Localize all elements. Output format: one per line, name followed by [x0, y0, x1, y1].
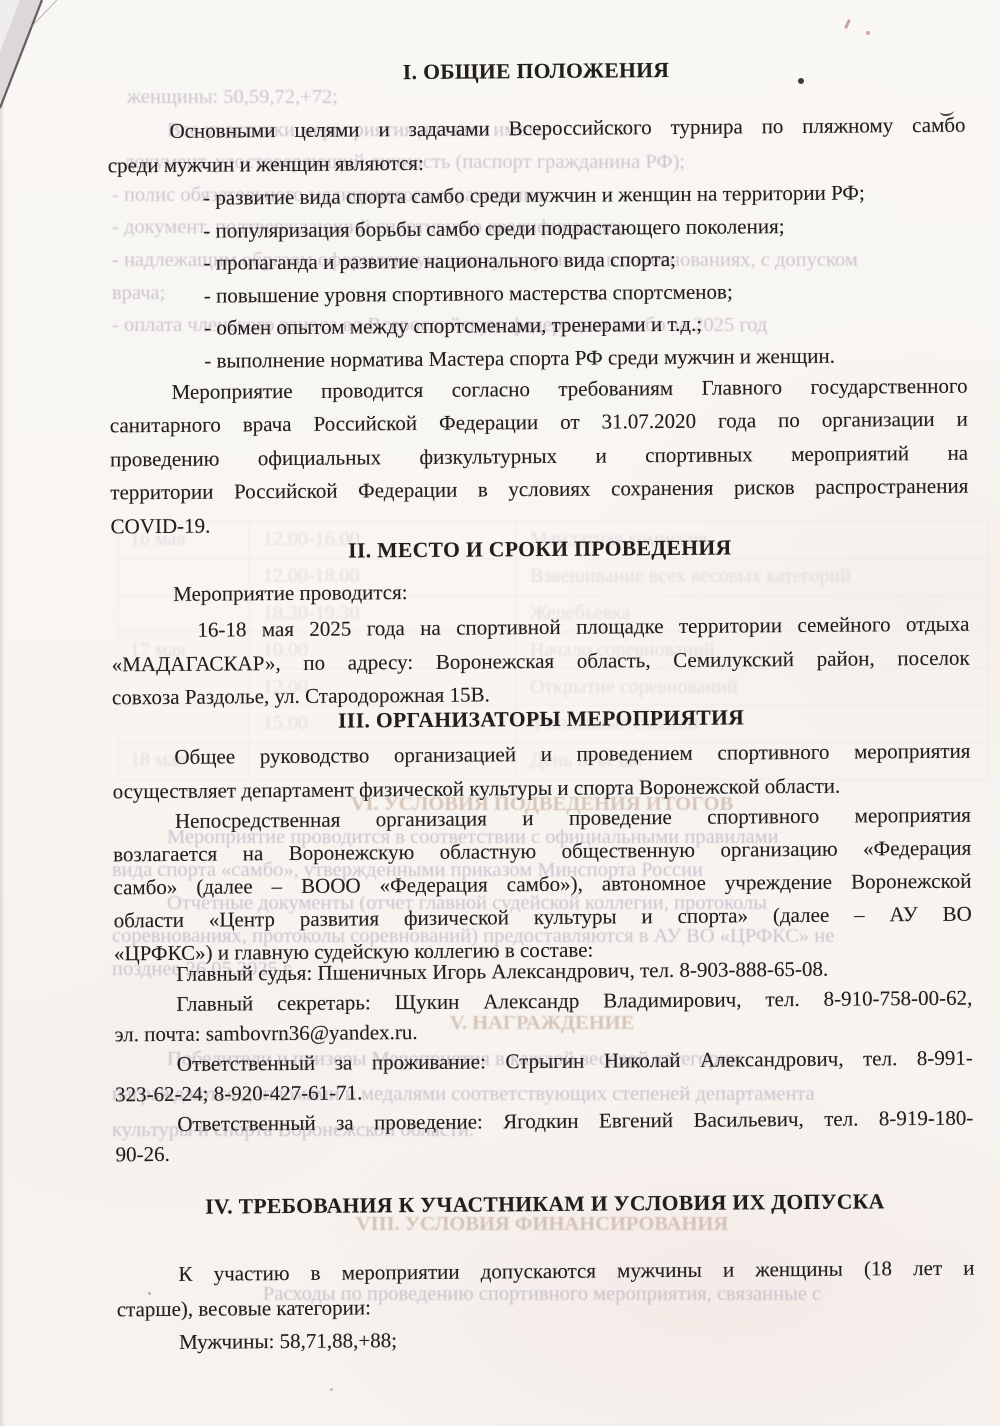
- text-line: Основными целями и задачами Всероссийско…: [107, 108, 965, 149]
- text-line: Мероприятие проводится:: [111, 571, 969, 612]
- section-3-contacts: Главный судья: Пшеничных Игорь Александр…: [114, 953, 974, 1170]
- section-4-paragraph-1: К участию в мероприятии допускаются мужч…: [116, 1251, 975, 1328]
- section-3-paragraph-1: Общее руководство организацией и проведе…: [112, 734, 971, 809]
- text-line: «МАДАГАСКАР», по адресу: Воронежская обл…: [112, 641, 970, 681]
- section-1-heading: I. ОБЩИЕ ПОЛОЖЕНИЯ: [107, 53, 965, 90]
- section-1-goals-list: - развитие вида спорта самбо среди мужчи…: [108, 176, 968, 378]
- text-line: области «Центр развития физической культ…: [114, 898, 972, 938]
- section-1-intro-paragraph: Основными целями и задачами Всероссийско…: [107, 108, 966, 183]
- section-1-covid-paragraph: Мероприятие проводится согласно требован…: [109, 370, 968, 544]
- text-line: Мужчины: 58,71,88,+88;: [117, 1319, 975, 1360]
- list-item: - развитие вида спорта самбо среди мужчи…: [203, 176, 966, 215]
- section-2-venue-paragraph: 16-18 мая 2025 года на спортивной площад…: [111, 608, 970, 715]
- section-3-paragraph-2: Непосредственная организация и проведени…: [113, 799, 972, 971]
- section-4-weights-men: Мужчины: 58,71,88,+88;: [117, 1319, 975, 1360]
- scanned-document-page: женщины: 50,59,72,+72;Все участники меро…: [0, 0, 1000, 1426]
- text-line: Общее руководство организацией и проведе…: [112, 734, 970, 775]
- text-line: К участию в мероприятии допускаются мужч…: [116, 1251, 974, 1293]
- text-line: территории Российской Федерации в услови…: [110, 470, 968, 510]
- section-3-heading: III. ОРГАНИЗАТОРЫ МЕРОПРИЯТИЯ: [112, 701, 970, 738]
- section-2-lead: Мероприятие проводится:: [111, 571, 969, 612]
- section-4-heading: IV. ТРЕБОВАНИЯ К УЧАСТНИКАМ И УСЛОВИЯ ИХ…: [116, 1186, 974, 1223]
- section-2-heading: II. МЕСТО И СРОКИ ПРОВЕДЕНИЯ: [111, 531, 969, 568]
- document-text-layer: I. ОБЩИЕ ПОЛОЖЕНИЯ Основными целями и за…: [107, 0, 976, 1426]
